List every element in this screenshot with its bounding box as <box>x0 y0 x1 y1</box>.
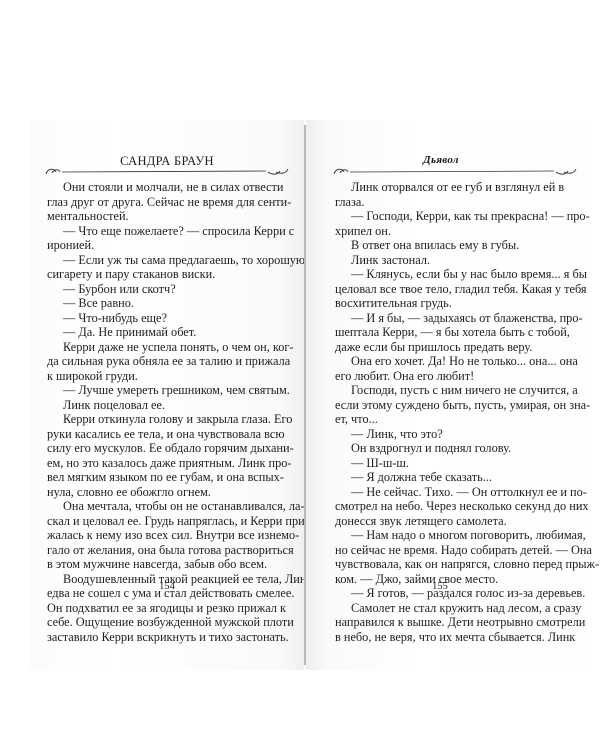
text-line: глаза. <box>335 195 563 210</box>
text-line: ем, но это казалось даже приятным. Линк … <box>47 456 279 471</box>
text-line: чувствовала, как он напрягся, словно пер… <box>335 557 563 572</box>
text-line: силу его мускулов. Ее обдало горячим дых… <box>47 441 279 456</box>
text-line: донесся звук летящего самолета. <box>335 514 563 529</box>
text-line: Они стояли и молчали, не в силах отвести <box>47 180 279 195</box>
running-head-title: Дьявол <box>306 154 576 166</box>
text-line: Линк поцеловал ее. <box>47 398 279 413</box>
right-page-body-text: Линк оторвался от ее губ и взглянул ей в… <box>335 180 563 644</box>
text-line: Он вздрогнул и поднял голову. <box>335 441 563 456</box>
text-line: Самолет не стал кружить над лесом, а сра… <box>335 601 563 616</box>
text-line: — Что еще пожелаете? — спросила Керри с <box>47 224 279 239</box>
text-line: — Все равно. <box>47 296 279 311</box>
left-page: САНДРА БРАУН Они стояли и молчали, не в … <box>30 120 304 670</box>
open-book-spread: САНДРА БРАУН Они стояли и молчали, не в … <box>0 0 600 750</box>
text-line: целовал все твое тело, гладил тебя. Кака… <box>335 282 563 297</box>
text-line: к широкой груди. <box>47 369 279 384</box>
text-line: вел мягким языком по ее губам, и она всп… <box>47 470 279 485</box>
text-line: Керри даже не успела понять, о чем он, к… <box>47 340 279 355</box>
text-line: — Бурбон или скотч? <box>47 282 279 297</box>
text-line: в этом мужчине навсегда, забыв обо всем. <box>47 557 279 572</box>
right-page: Дьявол Линк оторвался от ее губ и взглян… <box>306 120 586 670</box>
header-ornament-rule-icon <box>44 166 294 176</box>
text-line: — Я должна тебе сказать... <box>335 470 563 485</box>
text-line: ментальностей. <box>47 209 279 224</box>
text-line: направился к вышке. Дети неотрывно смотр… <box>335 615 563 630</box>
text-line: В ответ она впилась ему в губы. <box>335 238 563 253</box>
text-line: Линк застонал. <box>335 253 563 268</box>
text-line: ет, что... <box>335 412 563 427</box>
text-line: — Если уж ты сама предлагаешь, то хорошу… <box>47 253 279 268</box>
text-line: гало от желания, она была готова раствор… <box>47 543 279 558</box>
text-line: — Не сейчас. Тихо. — Он оттолкнул ее и п… <box>335 485 563 500</box>
text-line: восхитительная грудь. <box>335 296 563 311</box>
text-line: — Нам надо о многом поговорить, любимая, <box>335 528 563 543</box>
text-line: — Лучше умереть грешником, чем святым. <box>47 383 279 398</box>
text-line: нула, словно ее обожгло огнем. <box>47 485 279 500</box>
text-line: сигарету и пару стаканов виски. <box>47 267 279 282</box>
text-line: Она его хочет. Да! Но не только... она..… <box>335 354 563 369</box>
page-number: 154 <box>30 581 304 592</box>
text-line: Керри откинула голову и закрыла глаза. Е… <box>47 412 279 427</box>
text-line: руки касались ее тела, и она чувствовала… <box>47 427 279 442</box>
text-line: Линк оторвался от ее губ и взглянул ей в <box>335 180 563 195</box>
text-line: Он подхватил ее за ягодицы и резко прижа… <box>47 601 279 616</box>
text-line: — И я бы, — задыхаясь от блаженства, про… <box>335 311 563 326</box>
text-line: — Клянусь, если бы у нас было время... я… <box>335 267 563 282</box>
text-line: да сильная рука обняла ее за талию и при… <box>47 354 279 369</box>
left-page-body-text: Они стояли и молчали, не в силах отвести… <box>47 180 279 644</box>
text-line: Господи, пусть с ним ничего не случится,… <box>335 383 563 398</box>
text-line: его любит. Она его любит! <box>335 369 563 384</box>
text-line: хрипел он. <box>335 224 563 239</box>
text-line: — Ш-ш-ш. <box>335 456 563 471</box>
text-line: смотрел на небо. Через несколько секунд … <box>335 499 563 514</box>
text-line: даже если бы пришлось предать веру. <box>335 340 563 355</box>
text-line: заставило Керри вскрикнуть и тихо застон… <box>47 630 279 645</box>
text-line: иронией. <box>47 238 279 253</box>
text-line: шептала Керри, — я бы хотела быть с тобо… <box>335 325 563 340</box>
text-line: себе. Ощущение возбужденной мужской плот… <box>47 615 279 630</box>
text-line: Она мечтала, чтобы он не останавливался,… <box>47 499 279 514</box>
text-line: — Господи, Керри, как ты прекрасна! — пр… <box>335 209 563 224</box>
text-line: — Да. Не принимай обет. <box>47 325 279 340</box>
text-line: если этому суждено быть, пусть, умирая, … <box>335 398 563 413</box>
header-ornament-rule-icon <box>332 166 582 176</box>
page-number: 155 <box>306 581 574 592</box>
text-line: в небо, не веря, что их мечта сбывается.… <box>335 630 563 645</box>
text-line: скал и целовал ее. Грудь напряглась, и К… <box>47 514 279 529</box>
text-line: глаз друг от друга. Сейчас не время для … <box>47 195 279 210</box>
text-line: — Что-нибудь еще? <box>47 311 279 326</box>
text-line: — Линк, что это? <box>335 427 563 442</box>
text-line: но сейчас не время. Надо собирать детей.… <box>335 543 563 558</box>
text-line: жалась к нему изо всех сил. Внутри все и… <box>47 528 279 543</box>
